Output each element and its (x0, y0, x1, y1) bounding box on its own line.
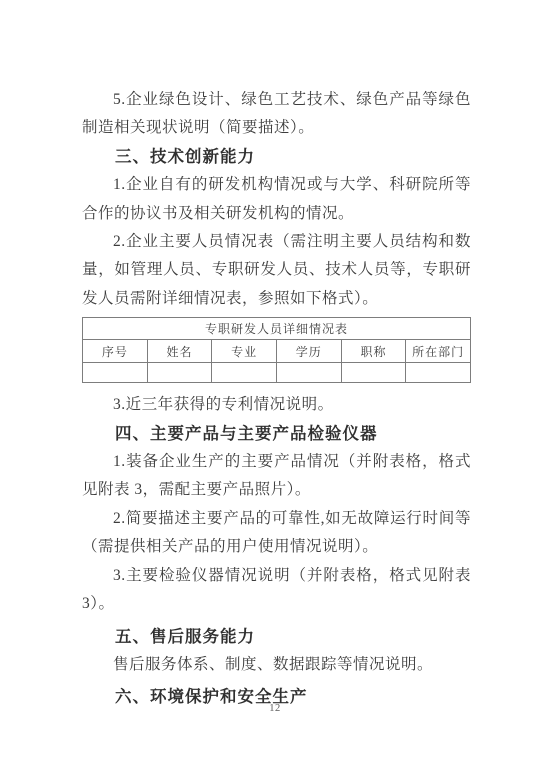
heading-tech-innovation: 三、技术创新能力 (82, 143, 471, 171)
table-title: 专职研发人员详细情况表 (83, 318, 471, 340)
page-number: 12 (0, 703, 550, 714)
column-header-serial: 序号 (83, 340, 148, 363)
table-cell-empty (83, 363, 148, 383)
table-cell-empty (341, 363, 406, 383)
heading-main-products: 四、主要产品与主要产品检验仪器 (82, 420, 471, 448)
table-cell-empty (147, 363, 212, 383)
table-header-row: 序号 姓名 专业 学历 职称 所在部门 (83, 340, 471, 363)
rd-personnel-table: 专职研发人员详细情况表 序号 姓名 专业 学历 职称 所在部门 (82, 317, 471, 383)
column-header-department: 所在部门 (406, 340, 471, 363)
table-cell-empty (212, 363, 277, 383)
table-cell-empty (276, 363, 341, 383)
heading-after-sales-service: 五、售后服务能力 (82, 623, 471, 651)
paragraph-patents: 3.近三年获得的专利情况说明。 (82, 391, 471, 419)
column-header-title: 职称 (341, 340, 406, 363)
paragraph-rd-organization: 1.企业自有的研发机构情况或与大学、科研院所等合作的协议书及相关研发机构的情况。 (82, 171, 471, 228)
table-cell-empty (406, 363, 471, 383)
paragraph-green-manufacturing: 5.企业绿色设计、绿色工艺技术、绿色产品等绿色制造相关现状说明（简要描述）。 (82, 86, 471, 143)
paragraph-key-personnel: 2.企业主要人员情况表（需注明主要人员结构和数量，如管理人员、专职研发人员、技术… (82, 228, 471, 313)
document-content: 5.企业绿色设计、绿色工艺技术、绿色产品等绿色制造相关现状说明（简要描述）。 三… (82, 86, 471, 712)
paragraph-instruments: 3.主要检验仪器情况说明（并附表格，格式见附表 3）。 (82, 562, 471, 619)
document-page: 5.企业绿色设计、绿色工艺技术、绿色产品等绿色制造相关现状说明（简要描述）。 三… (0, 0, 550, 777)
paragraph-products: 1.装备企业生产的主要产品情况（并附表格，格式见附表 3，需配主要产品照片）。 (82, 448, 471, 505)
column-header-education: 学历 (276, 340, 341, 363)
column-header-name: 姓名 (147, 340, 212, 363)
column-header-major: 专业 (212, 340, 277, 363)
paragraph-service: 售后服务体系、制度、数据跟踪等情况说明。 (82, 651, 471, 679)
paragraph-reliability: 2.简要描述主要产品的可靠性,如无故障运行时间等（需提供相关产品的用户使用情况说… (82, 505, 471, 562)
table-empty-row (83, 363, 471, 383)
table-title-row: 专职研发人员详细情况表 (83, 318, 471, 340)
